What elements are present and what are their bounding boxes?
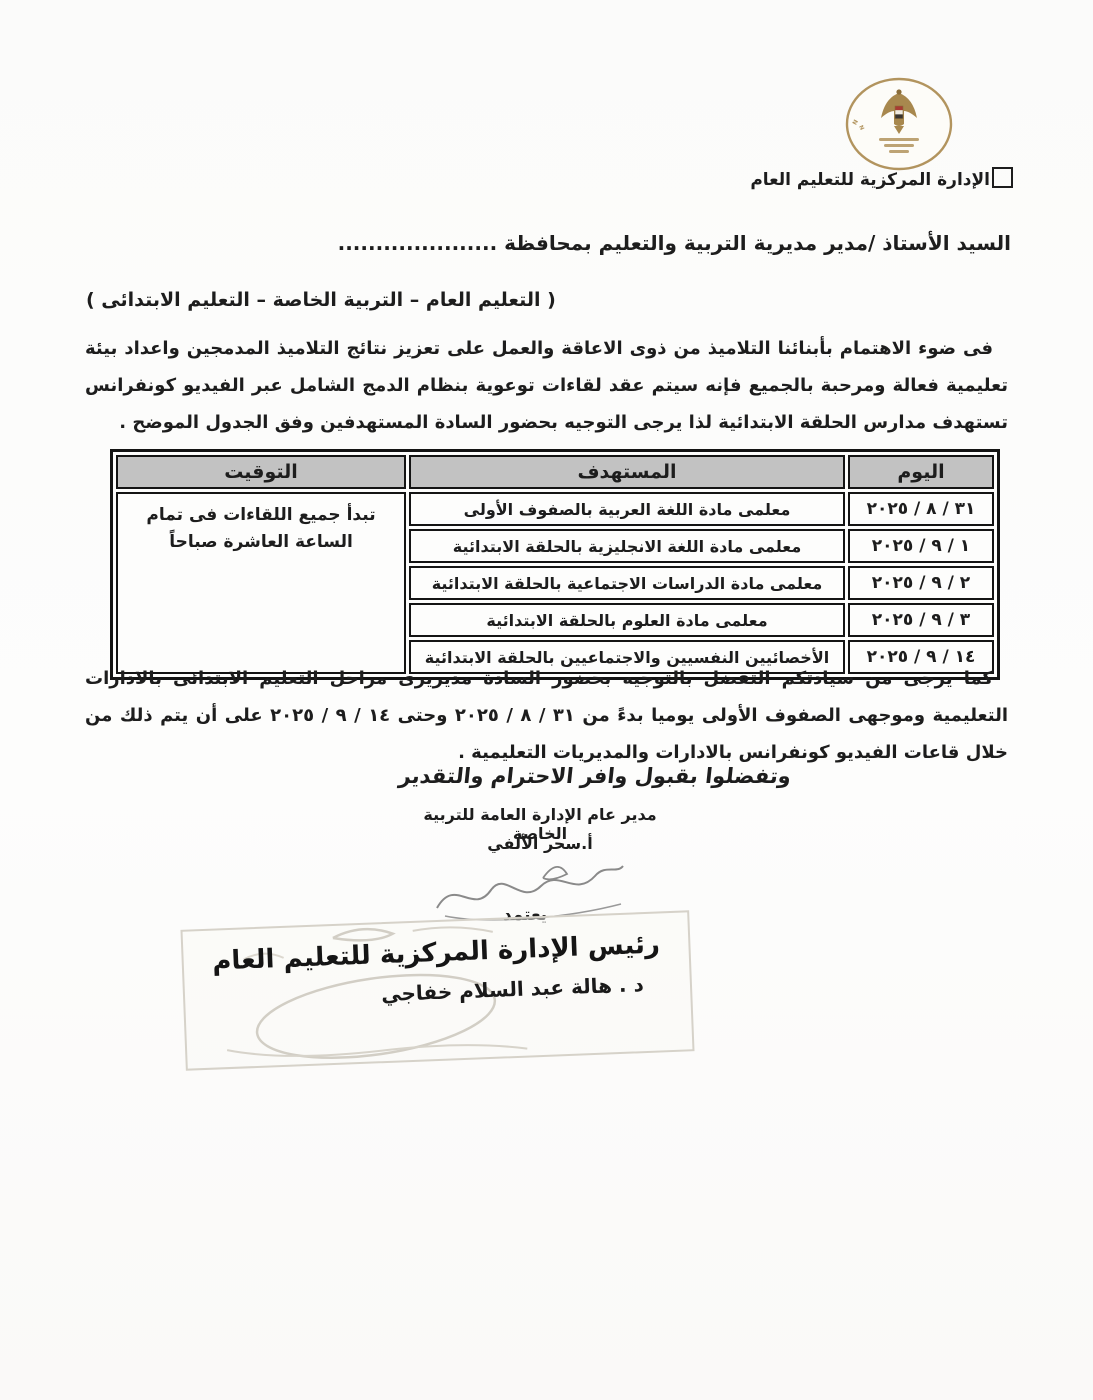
timing-note: تبدأ جميع اللقاءات فى تمام الساعة العاشر… [144, 502, 379, 556]
department-label: الإدارة المركزية للتعليم العام [750, 170, 990, 190]
department-line: الإدارة المركزية للتعليم العام [750, 170, 1013, 190]
ministry-seal-logo: MINISTRY OF EDUCATION AND TECHNICAL EDUC… [843, 76, 955, 172]
addressee-line: السيد الأستاذ /مدير مديرية التربية والتع… [338, 231, 1011, 255]
table-header-row: اليوم المستهدف التوقيت [116, 455, 994, 489]
approval-stamp: رئيس الإدارة المركزية للتعليم العام د . … [180, 910, 694, 1070]
table-row: ٣١ / ٨ / ٢٠٢٥ معلمى مادة اللغة العربية ب… [116, 492, 994, 526]
scope-line: ( التعليم العام – التربية الخاصة – التعل… [86, 289, 556, 311]
timing-cell: تبدأ جميع اللقاءات فى تمام الساعة العاشر… [116, 492, 406, 674]
target-cell: معلمى مادة العلوم بالحلقة الابتدائية [409, 603, 845, 637]
closing-salutation: وتفضلوا بقبول وافر الاحترام والتقدير [379, 764, 812, 788]
day-cell: ١ / ٩ / ٢٠٢٥ [848, 529, 994, 563]
schedule-table: اليوم المستهدف التوقيت ٣١ / ٨ / ٢٠٢٥ معل… [110, 449, 1000, 680]
target-cell: معلمى مادة الدراسات الاجتماعية بالحلقة ا… [409, 566, 845, 600]
intro-paragraph: فى ضوء الاهتمام بأبنائنا التلاميذ من ذوى… [85, 330, 1008, 441]
column-header-timing: التوقيت [116, 455, 406, 489]
target-cell: معلمى مادة اللغة العربية بالصفوف الأولى [409, 492, 845, 526]
day-cell: ٣١ / ٨ / ٢٠٢٥ [848, 492, 994, 526]
column-header-target: المستهدف [409, 455, 845, 489]
day-cell: ٣ / ٩ / ٢٠٢٥ [848, 603, 994, 637]
checkbox-icon [992, 167, 1013, 188]
column-header-day: اليوم [848, 455, 994, 489]
scanned-letter-page: MINISTRY OF EDUCATION AND TECHNICAL EDUC… [0, 0, 1093, 1400]
request-paragraph: كما يرجى من سيادتكم التفضل بالتوجيه بحضو… [85, 660, 1008, 771]
ministry-seal-icon: MINISTRY OF EDUCATION AND TECHNICAL EDUC… [843, 76, 955, 172]
day-cell: ٢ / ٩ / ٢٠٢٥ [848, 566, 994, 600]
target-cell: معلمى مادة اللغة الانجليزية بالحلقة الاب… [409, 529, 845, 563]
